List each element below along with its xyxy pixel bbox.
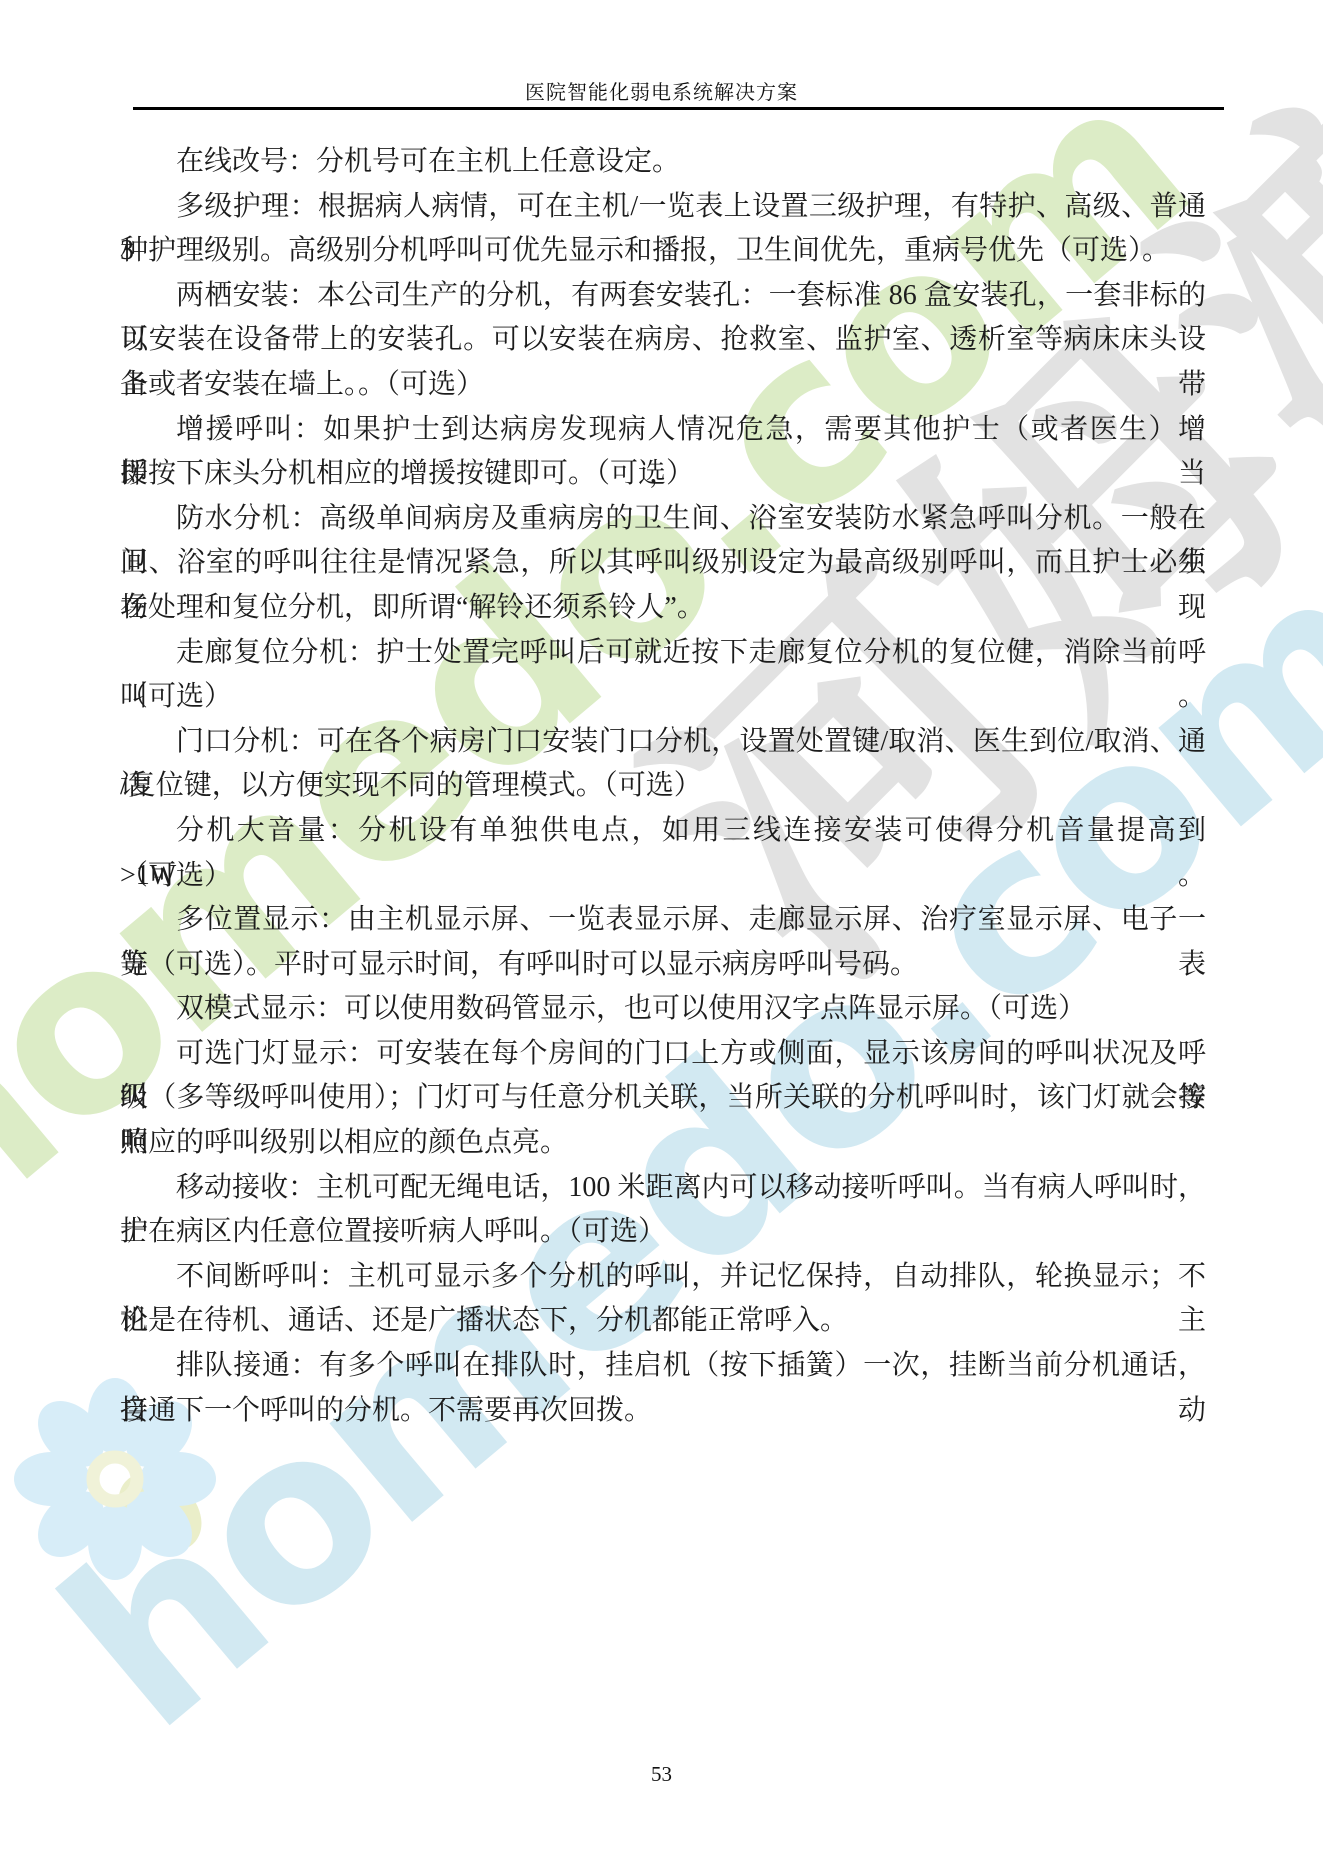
text-line: 增援呼叫：如果护士到达病房发现病人情况危急，需要其他护士（或者医生）增援，当 xyxy=(120,408,1206,453)
text-line: 间、浴室的呼叫往往是情况紧急，所以其呼叫级别设定为最高级别呼叫，而且护士必须在现 xyxy=(120,541,1206,586)
text-line: 双模式显示：可以使用数码管显示，也可以使用汉字点阵显示屏。（可选） xyxy=(120,987,1206,1032)
page-header-title: 医院智能化弱电系统解决方案 xyxy=(0,76,1323,105)
text-line: 可选门灯显示：可安装在每个房间的门口上方或侧面，显示该房间的呼叫状况及呼叫等 xyxy=(120,1032,1206,1077)
text-line: 两栖安装：本公司生产的分机，有两套安装孔：一套标准 86 盒安装孔，一套非标的可 xyxy=(120,274,1206,319)
body-text: 在线改号：分机号可在主机上任意设定。多级护理：根据病人病情，可在主机/一览表上设… xyxy=(120,140,1206,1433)
text-line: 门口分机：可在各个病房门口安装门口分机，设置处置键/取消、医生到位/取消、通话 xyxy=(120,720,1206,765)
text-line: 移动接收：主机可配无绳电话，100 米距离内可以移动接听呼叫。当有病人呼叫时，护 xyxy=(120,1166,1206,1211)
text-line: 防水分机：高级单间病房及重病房的卫生间、浴室安装防水紧急呼叫分机。一般在卫生 xyxy=(120,497,1206,542)
text-line: 多级护理：根据病人病情，可在主机/一览表上设置三级护理，有特护、高级、普通 3 xyxy=(120,185,1206,230)
document-page: 河姆渡 homedo.com homedo.com 医院智能化弱电系统解决方案 … xyxy=(0,0,1323,1871)
text-line: 种护理级别。高级别分机呼叫可优先显示和播报，卫生间优先，重病号优先（可选）。 xyxy=(120,229,1206,274)
text-line: 级（多等级呼叫使用）；门灯可与任意分机关联，当所关联的分机呼叫时，该门灯就会按照 xyxy=(120,1076,1206,1121)
page-number: 53 xyxy=(0,1762,1323,1787)
text-line: 分机大音量：分机设有单独供电点，如用三线连接安装可使得分机音量提高到>1W。 xyxy=(120,809,1206,854)
text-line: 走廊复位分机：护士处置完呼叫后可就近按下走廊复位分机的复位健，消除当前呼叫。 xyxy=(120,631,1206,676)
text-line: 多位置显示：由主机显示屏、一览表显示屏、走廊显示屏、治疗室显示屏、电子一览表 xyxy=(120,898,1206,943)
text-line: 士在病区内任意位置接听病人呼叫。（可选） xyxy=(120,1210,1206,1255)
text-line: 响应的呼叫级别以相应的颜色点亮。 xyxy=(120,1121,1206,1166)
text-line: 以安装在设备带上的安装孔。可以安装在病房、抢救室、监护室、透析室等病床床头设备带 xyxy=(120,318,1206,363)
text-line: 不间断呼叫：主机可显示多个分机的呼叫，并记忆保持，自动排队，轮换显示；不论主 xyxy=(120,1255,1206,1300)
text-line: /复位键，以方便实现不同的管理模式。（可选） xyxy=(120,764,1206,809)
text-line: 排队接通：有多个呼叫在排队时，挂启机（按下插簧）一次，挂断当前分机通话，自动 xyxy=(120,1344,1206,1389)
text-line: 在线改号：分机号可在主机上任意设定。 xyxy=(120,140,1206,185)
header-divider xyxy=(133,107,1224,110)
